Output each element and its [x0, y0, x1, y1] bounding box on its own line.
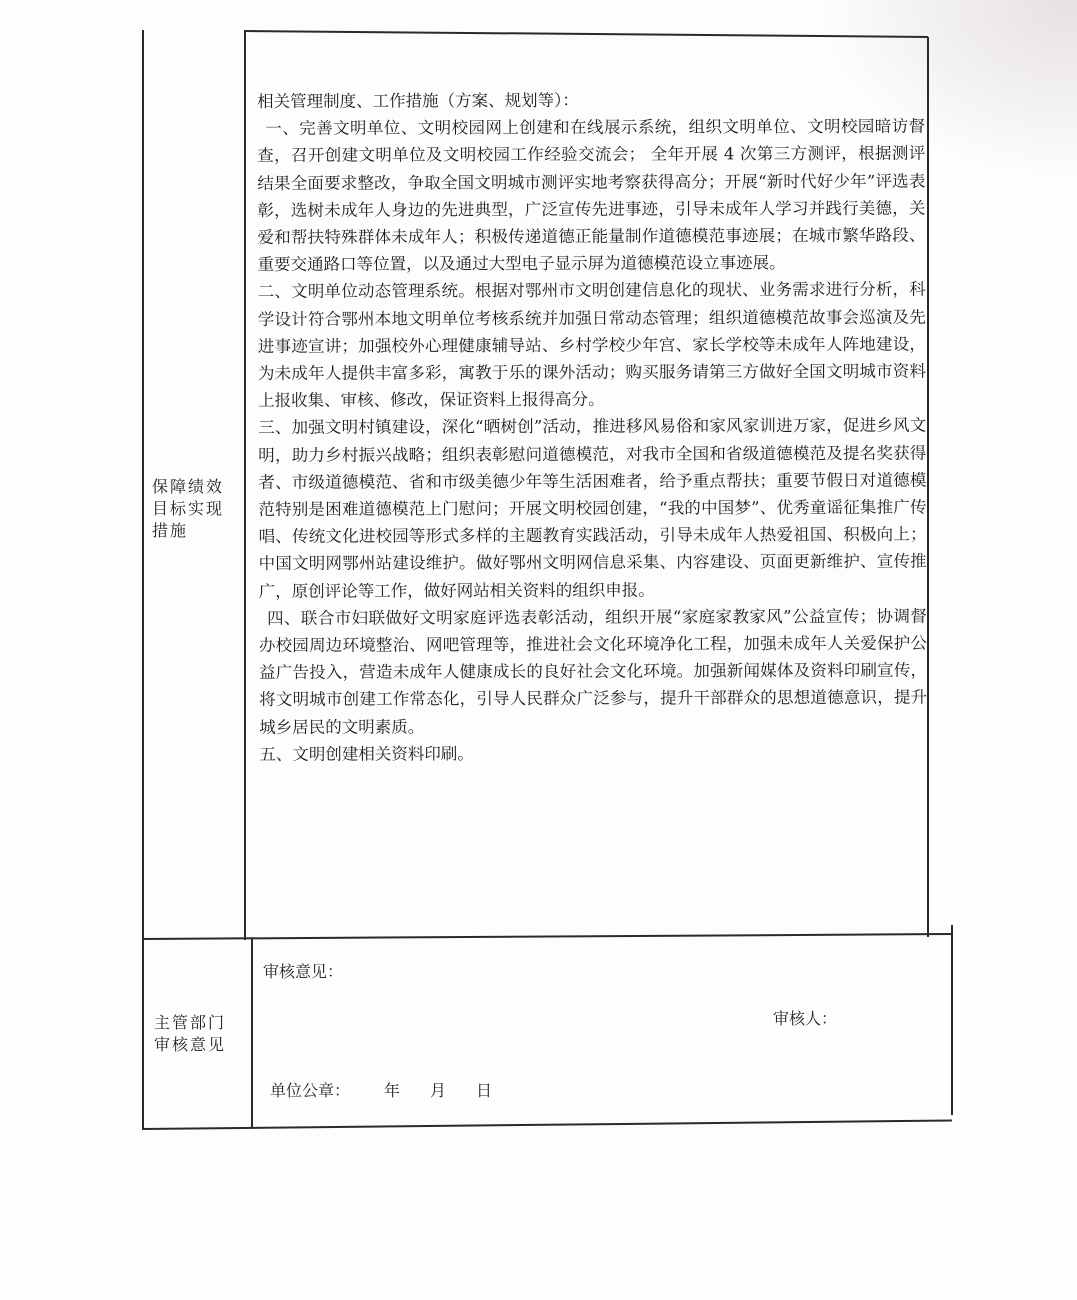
measures-item-2: 二、文明单位动态管理系统。根据对鄂州市文明创建信息化的现状、业务需求进行分析，科… [258, 276, 926, 414]
table-divider-review [251, 938, 253, 1128]
measures-item-1: 一、完善文明单位、文明校园网上创建和在线展示系统，组织文明单位、文明校园暗访督查… [257, 113, 926, 279]
measures-item-3: 三、加强文明村镇建设，深化“晒树创”活动，推进移风易俗和家风家训进万家，促进乡风… [258, 412, 927, 605]
measures-item-5: 五、文明创建相关资料印刷。 [259, 739, 927, 769]
day-label: 日 [476, 1078, 492, 1101]
table-divider-measures [244, 30, 246, 940]
review-row-label: 主管部门 审核意见 [154, 1012, 244, 1056]
review-label-line: 审核意见 [154, 1034, 244, 1056]
measures-row-label: 保障绩效 目标实现 措施 [152, 476, 242, 542]
reviewer-label: 审核人： [773, 1006, 837, 1029]
table-border-right-review [951, 925, 953, 1115]
table-border-bottom [142, 1120, 952, 1130]
measures-label-line: 目标实现 [152, 498, 242, 520]
table-row-separator [142, 933, 952, 939]
review-label-line: 主管部门 [154, 1012, 244, 1034]
seal-date-row: 单位公章： 年 月 日 [270, 1078, 492, 1101]
measures-intro: 相关管理制度、工作措施（方案、规划等）： [257, 86, 925, 116]
year-label: 年 [384, 1078, 430, 1101]
measures-label-line: 措施 [152, 520, 242, 542]
seal-label: 单位公章： [270, 1078, 384, 1101]
table-border-right-measures [927, 37, 929, 937]
table-border-top-inner [244, 30, 928, 37]
table-border-left [142, 30, 144, 1130]
measures-label-line: 保障绩效 [152, 476, 242, 498]
month-label: 月 [430, 1078, 476, 1101]
review-opinion-label: 审核意见： [263, 959, 343, 982]
measures-item-4: 四、联合市妇联做好文明家庭评选表彰活动，组织开展“家庭家教家风”公益宣传；协调督… [259, 603, 927, 741]
measures-content: 相关管理制度、工作措施（方案、规划等）： 一、完善文明单位、文明校园网上创建和在… [257, 86, 927, 768]
